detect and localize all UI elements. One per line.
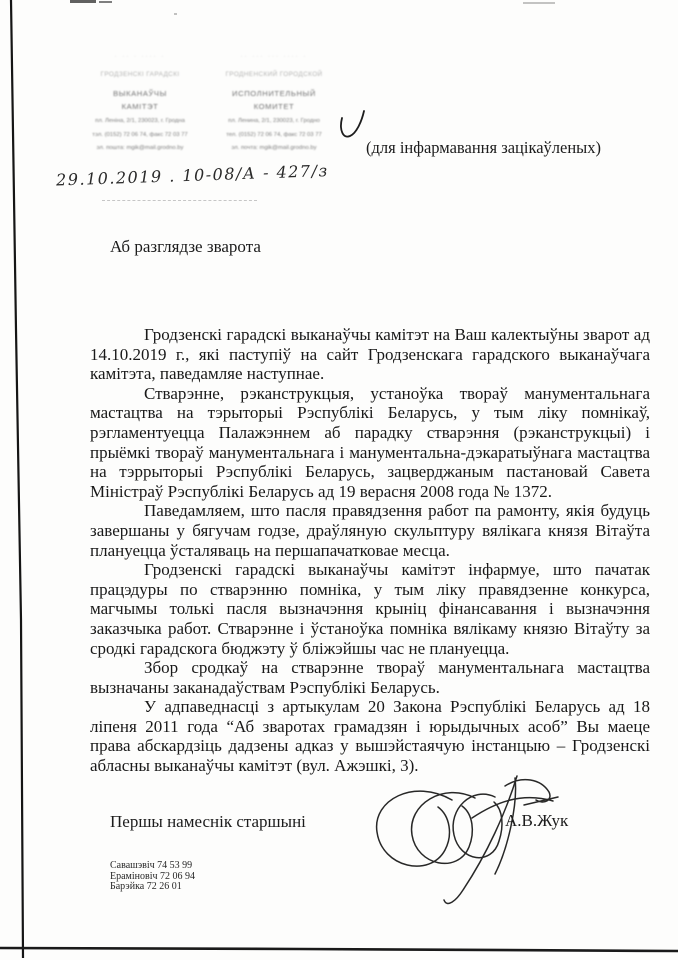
bottom-scan-line [0, 948, 678, 951]
letterhead-stamp: · ·· · ···· · ГРОДЗЕНСКІ ГАРАДСКІ ВЫКАНА… [78, 54, 336, 154]
handwritten-registration-number: 29.10.2019 . 10-08/А - 427/з [56, 161, 317, 189]
letterhead-faint-line: ·· ··· ··· ···· · [212, 54, 336, 60]
letterhead-address: пл. Леніна, 2/1, 230023, г. Гродна [78, 117, 202, 127]
letterhead-org-line: ГРОДЗЕНСКІ ГАРАДСКІ [78, 71, 202, 78]
contact-line: Савашэвіч 74 53 99 [110, 861, 195, 872]
executor-contacts: Савашэвіч 74 53 99 Ераміновіч 72 06 94 Б… [110, 861, 195, 893]
letterhead-org-line: ГРОДНЕНСКИЙ ГОРОДСКОЙ [212, 71, 336, 78]
signer-name: А.В.Жук [505, 811, 568, 831]
contact-line: Барэйка 72 26 01 [110, 882, 195, 893]
paragraph: Гродзенскі гарадскі выканаўчы камітэт ін… [90, 560, 650, 658]
letterhead-column-belarusian: · ·· · ···· · ГРОДЗЕНСКІ ГАРАДСКІ ВЫКАНА… [78, 54, 202, 154]
letterhead-phone: тел. (0152) 72 06 74, факс 72 03 77 [212, 131, 336, 141]
checkmark-pen-stroke [338, 110, 368, 146]
for-information-note: (для інфармавання зацікаўленых) [366, 138, 601, 158]
scanned-letter-page: · ·· · ···· · ГРОДЗЕНСКІ ГАРАДСКІ ВЫКАНА… [0, 0, 678, 960]
letterhead-org-line: КАМІТЭТ [78, 100, 202, 113]
paragraph: Стварэнне, рэканструкцыя, устаноўка твор… [90, 384, 650, 502]
left-fold-line [11, 0, 23, 958]
top-speck [70, 0, 96, 3]
speck [174, 13, 177, 15]
top-speck [523, 2, 555, 4]
letterhead-address: пл. Ленина, 2/1, 230023, г. Гродно [212, 117, 336, 127]
letterhead-column-russian: ·· ··· ··· ···· · ГРОДНЕНСКИЙ ГОРОДСКОЙ … [212, 54, 336, 154]
letterhead-org-line: ВЫКАНАЎЧЫ [78, 87, 202, 100]
letterhead-phone: тэл. (0152) 72 06 74, факс 72 03 77 [78, 131, 202, 141]
signer-title: Першы намеснік старшыні [110, 812, 306, 832]
top-speck [99, 1, 112, 3]
handwritten-signature [356, 770, 570, 914]
paragraph: Паведамляем, што пасля правядзення работ… [90, 501, 650, 560]
paragraph: Збор сродкаў на стварэнне твораў манумен… [90, 658, 650, 697]
letterhead-org-line: ИСПОЛНИТЕЛЬНЫЙ [212, 87, 336, 100]
subject-line: Аб разглядзе зварота [110, 237, 261, 257]
faint-stamp-line [102, 200, 257, 201]
letter-body: Гродзенскі гарадскі выканаўчы камітэт на… [90, 325, 650, 776]
letterhead-email: эл. почта: mgik@mail.grodno.by [212, 144, 336, 154]
letterhead-faint-line: · ·· · ···· · [78, 54, 202, 60]
paragraph: Гродзенскі гарадскі выканаўчы камітэт на… [90, 325, 650, 384]
letterhead-email: эл. пошта: mgik@mail.grodno.by [78, 144, 202, 154]
paragraph: У адпаведнасці з артыкулам 20 Закона Рэс… [90, 697, 650, 775]
letterhead-org-line: КОМИТЕТ [212, 100, 336, 113]
